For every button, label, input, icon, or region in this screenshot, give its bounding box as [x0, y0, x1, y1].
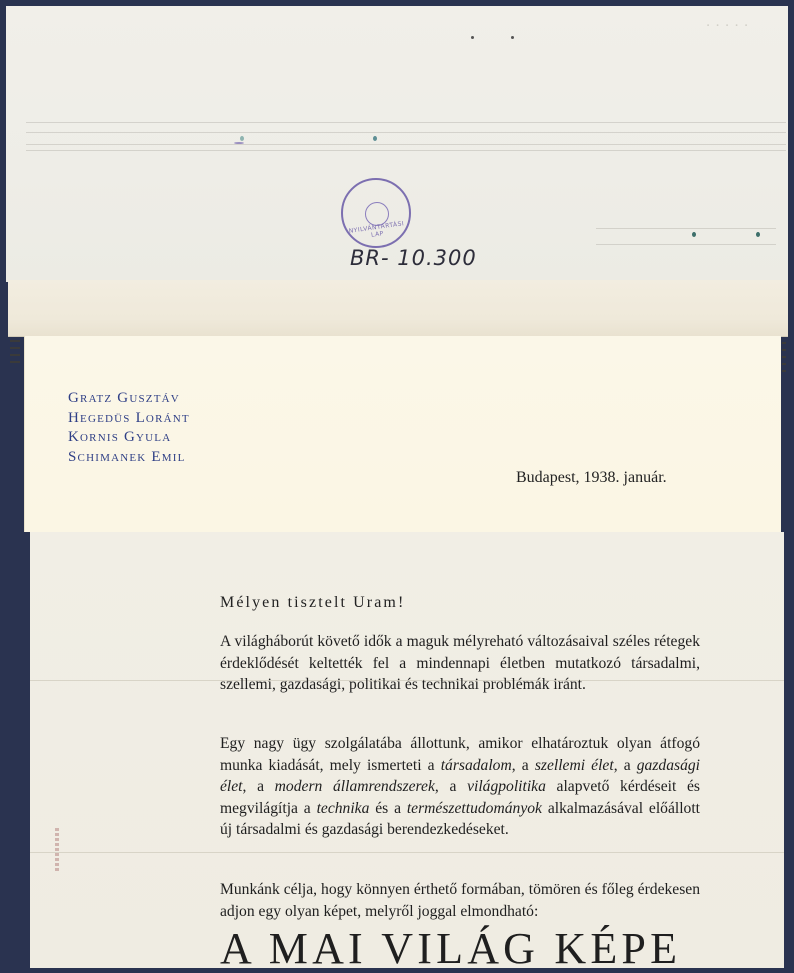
embossed-line [26, 150, 786, 151]
ink-dot [511, 36, 514, 39]
salutation: Mélyen tisztelt Uram! [220, 594, 405, 612]
embossed-line [596, 244, 776, 245]
text-segment: Munkánk célja, hogy könnyen érthető form… [220, 881, 700, 920]
pencil-mark [55, 828, 59, 873]
text-segment: , a [435, 778, 467, 795]
folded-strip [8, 280, 788, 337]
italic-term: természettudo­mányok [407, 800, 542, 817]
reference-number: BR- 10.300 [350, 246, 477, 270]
ink-dot [756, 232, 760, 237]
paper-crease [30, 852, 784, 853]
text-segment: , a [512, 757, 535, 774]
italic-term: szellemi élet [535, 757, 614, 774]
embossed-text: · · · · · [706, 18, 749, 35]
italic-term: világpolitika [467, 778, 546, 795]
embossed-line [26, 132, 786, 133]
text-segment: A világháborút követő idők a maguk mélyr… [220, 633, 700, 693]
letterhead-names: Gratz Gusztáv Hegedüs Loránt Kornis Gyul… [68, 389, 190, 467]
circular-stamp: NYILVÁNTARTÁSI LAP [341, 178, 411, 248]
embossed-line [26, 122, 786, 123]
letterhead-name: Kornis Gyula [68, 428, 190, 448]
italic-term: modern államrendszerek [275, 778, 435, 795]
text-segment: és a [369, 800, 406, 817]
paragraph-2: Egy nagy ügy szolgálatába állottunk, ami… [220, 733, 700, 841]
ink-dot [692, 232, 696, 237]
letterhead-name: Gratz Gusztáv [68, 389, 190, 409]
paragraph-3: Munkánk célja, hogy könnyen érthető form… [220, 879, 700, 922]
text-segment: , a [243, 778, 275, 795]
letterhead-name: Hegedüs Loránt [68, 409, 190, 429]
headline-title: A MAI VILÁG KÉPE [220, 924, 704, 973]
margin-tick-marks [10, 340, 20, 368]
scan-edge [30, 968, 784, 973]
embossed-line [26, 144, 786, 145]
letterhead-name: Schimanek Emil [68, 448, 190, 468]
italic-term: társadalom [441, 757, 512, 774]
dateline: Budapest, 1938. január. [516, 469, 667, 487]
ink-mark [234, 142, 244, 144]
stamp-text: NYILVÁNTARTÁSI LAP [348, 220, 405, 242]
embossed-line [596, 228, 776, 229]
ink-dot [373, 136, 377, 141]
text-segment: , a [614, 757, 637, 774]
paragraph-1: A világháborút követő idők a maguk mélyr… [220, 631, 700, 696]
italic-term: technika [317, 800, 370, 817]
ink-dot [240, 136, 244, 141]
ink-dot [471, 36, 474, 39]
margin-tick-marks [782, 342, 792, 377]
